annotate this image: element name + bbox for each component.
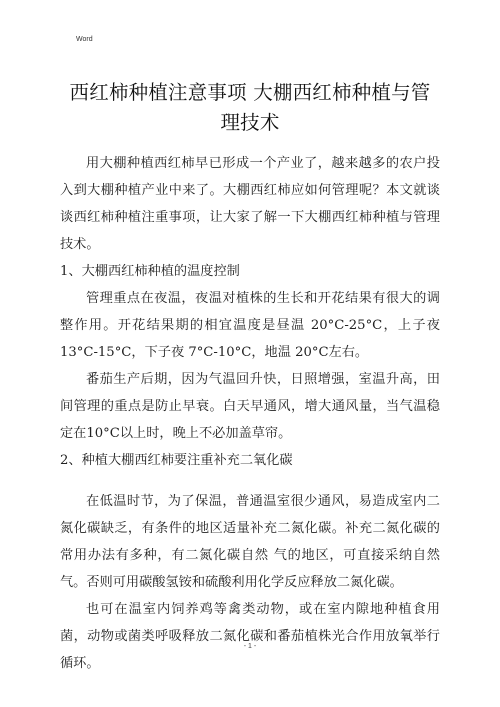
header-label: Word: [76, 36, 93, 43]
section-1-paragraph-1: 管理重点在夜温，夜温对植株的生长和开花结果有很大的调整作用。开花结果期的相宜温度…: [60, 285, 440, 366]
section-2-heading: 2、种植大棚西红柿要注重补充二氧化碳: [60, 447, 440, 474]
title-line-1: 西红柿种植注意事项 大棚西红柿种植与管: [60, 78, 440, 108]
section-2-paragraph-2: 也可在温室内饲养鸡等禽类动物，或在室内隙地种植食用菌，动物或菌类呼吸释放二氮化碳…: [60, 596, 440, 677]
page-number: - 1 -: [0, 643, 500, 650]
intro-paragraph: 用大棚种植西红柿早已形成一个产业了，越来越多的农户投入到大棚种植产业中来了。大棚…: [60, 150, 440, 258]
section-1-body: 管理重点在夜温，夜温对植株的生长和开花结果有很大的调整作用。开花结果期的相宜温度…: [60, 285, 440, 474]
title-line-2: 理技术: [60, 108, 440, 138]
section-2-paragraph-1: 在低温时节，为了保温，普通温室很少通风，易造成室内二氮化碳缺乏，有条件的地区适量…: [60, 488, 440, 596]
document-title: 西红柿种植注意事项 大棚西红柿种植与管 理技术: [60, 78, 440, 138]
section-1-heading: 1、大棚西红柿种植的温度控制: [60, 258, 440, 285]
section-1-paragraph-2: 番茄生产后期，因为气温回升快，日照增强，室温升高，田间管理的重点是防止早衰。白天…: [60, 366, 440, 447]
intro-block: 用大棚种植西红柿早已形成一个产业了，越来越多的农户投入到大棚种植产业中来了。大棚…: [60, 150, 440, 285]
